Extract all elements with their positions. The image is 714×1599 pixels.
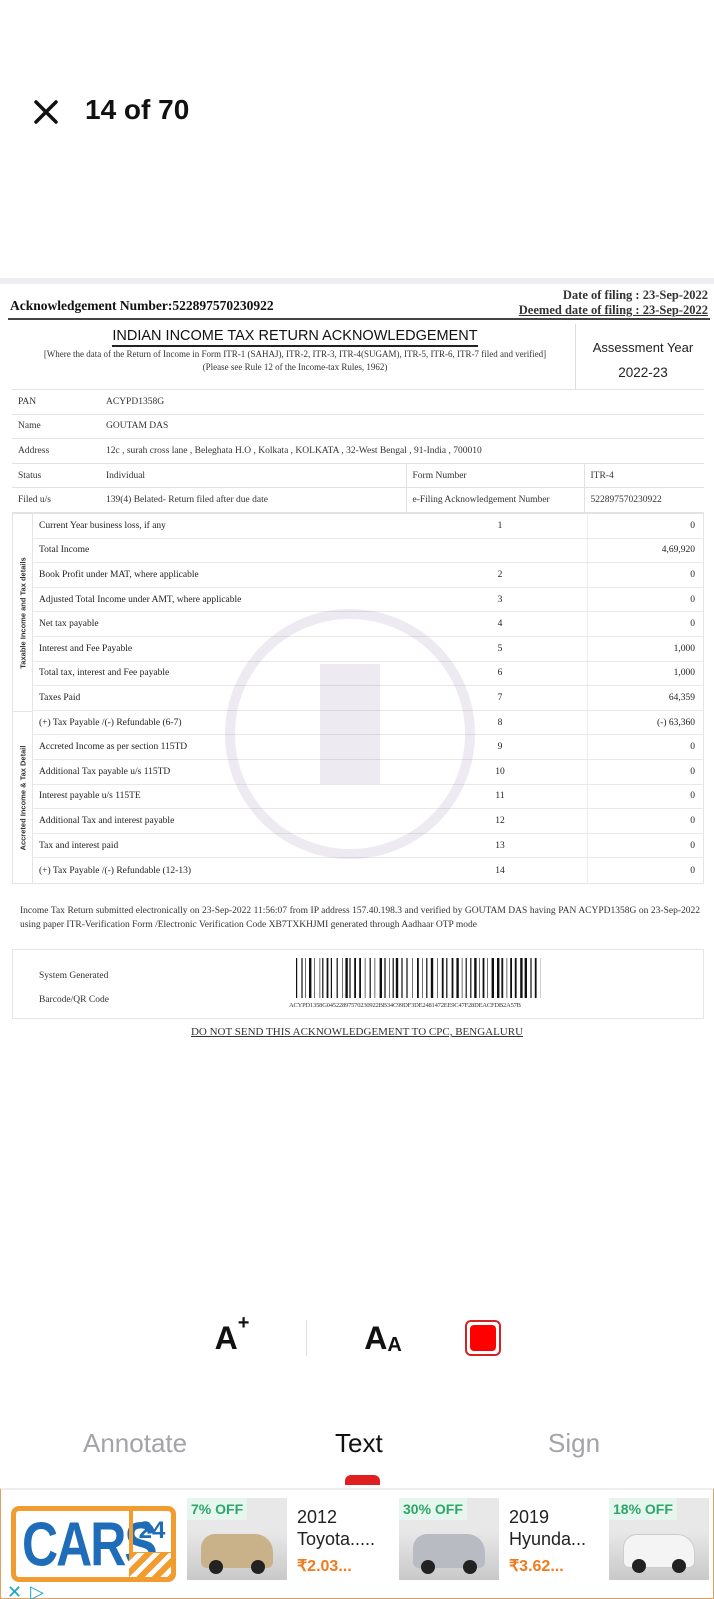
font-style-button[interactable]: AA [358, 1318, 408, 1358]
divider [587, 686, 588, 710]
table-row: Taxes Paid764,359 [33, 686, 703, 711]
car-model: Toyota..... [297, 1528, 375, 1550]
divider [587, 637, 588, 661]
title-block: INDIAN INCOME TAX RETURN ACKNOWLEDGEMENT… [10, 322, 580, 373]
ad-car-info[interactable]: 2012 Toyota..... [297, 1506, 375, 1550]
ad-car-image[interactable]: 30% OFF [399, 1498, 499, 1580]
divider [587, 539, 588, 563]
table-row: PAN ACYPD1358G [12, 390, 704, 415]
divider [587, 514, 588, 538]
row-number: 1 [485, 521, 515, 531]
divider [587, 760, 588, 784]
viewer-header: 14 of 70 [0, 80, 714, 144]
color-swatch-icon [465, 1320, 501, 1356]
table-row: Interest and Fee Payable51,000 [33, 637, 703, 662]
table-row: Additional Tax and interest payable120 [33, 809, 703, 834]
row-number: 8 [485, 718, 515, 728]
row-number: 6 [485, 668, 515, 678]
form-number-label: Form Number [406, 463, 584, 488]
document-page: Acknowledgement Number:522897570230922 D… [0, 284, 714, 1064]
divider [306, 1320, 307, 1356]
row-value: 1,000 [674, 644, 695, 654]
pan-value: ACYPD1358G [100, 390, 704, 415]
row-value: 0 [690, 767, 695, 777]
car-year: 2012 [297, 1506, 375, 1528]
assessment-year: Assessment Year 2022-23 [578, 324, 708, 380]
section-label-accreted-income: Accreted Income & Tax Detail [13, 711, 33, 883]
row-description: (+) Tax Payable /(-) Refundable (12-13) [39, 866, 191, 876]
plus-glyph: + [238, 1312, 250, 1334]
divider [575, 324, 576, 390]
ad-info-icon[interactable]: ▷ [30, 1582, 44, 1599]
row-description: Total Income [39, 545, 89, 555]
row-description: Tax and interest paid [39, 841, 118, 851]
font-glyph-small: A [387, 1334, 401, 1357]
row-value: 0 [690, 841, 695, 851]
divider [587, 563, 588, 587]
table-row: Net tax payable40 [33, 612, 703, 637]
close-icon [30, 96, 62, 128]
tax-rows: Current Year business loss, if any10Tota… [13, 514, 703, 883]
row-description: (+) Tax Payable /(-) Refundable (6-7) [39, 718, 181, 728]
row-description: Accreted Income as per section 115TD [39, 742, 187, 752]
row-description: Total tax, interest and Fee payable [39, 668, 169, 678]
row-value: 0 [690, 742, 695, 752]
section-label-text: Accreted Income & Tax Detail [18, 745, 27, 850]
table-row: Current Year business loss, if any10 [33, 514, 703, 539]
row-description: Additional Tax and interest payable [39, 816, 174, 826]
ack-number-label: Acknowledgement Number: [10, 298, 172, 313]
font-glyph-big: A [364, 1320, 387, 1357]
table-row: (+) Tax Payable /(-) Refundable (6-7)8(-… [33, 711, 703, 736]
no-send-notice-text: DO NOT SEND THIS ACKNOWLEDGEMENT TO CPC,… [191, 1026, 523, 1038]
row-number: 5 [485, 644, 515, 654]
table-row: Accreted Income as per section 115TD90 [33, 735, 703, 760]
table-row: Total Income4,69,920 [33, 539, 703, 564]
table-row: Tax and interest paid130 [33, 834, 703, 859]
filing-dates: Date of filing : 23-Sep-2022 Deemed date… [519, 288, 708, 318]
ad-choices[interactable]: ✕ ▷ [7, 1582, 44, 1599]
assessment-year-label: Assessment Year [578, 340, 708, 355]
divider [587, 662, 588, 686]
font-style-icon: AA [364, 1320, 402, 1357]
ad-car-image[interactable]: 18% OFF [609, 1498, 709, 1580]
barcode-labels: System Generated Barcode/QR Code [39, 964, 109, 1012]
divider [587, 735, 588, 759]
document-rule-note: (Please see Rule 12 of the Income-tax Ru… [10, 362, 580, 373]
divider [587, 809, 588, 833]
deemed-date-of-filing: Deemed date of filing : 23-Sep-2022 [519, 303, 708, 318]
barcode-icon [296, 958, 541, 998]
status-label: Status [12, 463, 100, 488]
car-icon [413, 1534, 485, 1568]
divider [587, 785, 588, 809]
pdf-viewer: 14 of 70 Acknowledgement Number:52289757… [0, 0, 714, 1599]
divider [8, 318, 710, 320]
ad-close-icon[interactable]: ✕ [7, 1582, 22, 1599]
barcode-label: Barcode/QR Code [39, 988, 109, 1012]
taxpayer-info-table: PAN ACYPD1358G Name GOUTAM DAS Address 1… [12, 389, 704, 513]
ack-number: Acknowledgement Number:522897570230922 [10, 298, 274, 314]
date-of-filing: Date of filing : 23-Sep-2022 [519, 288, 708, 303]
font-size-button[interactable]: A+ [210, 1318, 254, 1358]
row-number: 11 [485, 791, 515, 801]
efiling-ack-label: e-Filing Acknowledgement Number [406, 488, 584, 513]
car-year: 2019 [509, 1506, 586, 1528]
table-row: Additional Tax payable u/s 115TD100 [33, 760, 703, 785]
car-icon [201, 1534, 273, 1568]
filed-us-label: Filed u/s [12, 488, 100, 513]
text-toolbar: A+ AA [0, 1310, 714, 1370]
discount-badge: 18% OFF [609, 1498, 677, 1520]
row-value: 0 [690, 816, 695, 826]
divider [587, 588, 588, 612]
row-description: Current Year business loss, if any [39, 521, 166, 531]
tab-text[interactable]: Text [335, 1428, 383, 1459]
car-icon [623, 1534, 695, 1568]
name-label: Name [12, 414, 100, 439]
barcode-text: ACYPD1358G04522897570230922BB34C99DF3DE2… [289, 1002, 521, 1009]
row-value: 0 [690, 521, 695, 531]
row-description: Taxes Paid [39, 693, 80, 703]
row-description: Interest and Fee Payable [39, 644, 132, 654]
row-number: 3 [485, 595, 515, 605]
row-description: Net tax payable [39, 619, 99, 629]
color-picker-button[interactable] [463, 1318, 503, 1358]
divider [587, 711, 588, 735]
car-price: ₹2.03... [297, 1556, 352, 1576]
active-tab-indicator [345, 1475, 380, 1485]
section-label-taxable-income: Taxable Income and Tax details [13, 514, 33, 711]
row-number: 12 [485, 816, 515, 826]
ad-car-image[interactable]: 7% OFF [187, 1498, 287, 1580]
tab-sign[interactable]: Sign [548, 1428, 600, 1459]
verification-statement: Income Tax Return submitted electronical… [20, 904, 700, 932]
barcode-section: System Generated Barcode/QR Code ACYPD13… [12, 949, 704, 1019]
divider [587, 612, 588, 636]
tax-details-table: Taxable Income and Tax details Accreted … [12, 513, 704, 884]
table-row: (+) Tax Payable /(-) Refundable (12-13)1… [33, 858, 703, 883]
cars24-logo[interactable]: CARS 24 [11, 1506, 176, 1582]
page-counter: 14 of 70 [85, 94, 189, 126]
divider [587, 834, 588, 858]
row-number: 2 [485, 570, 515, 580]
row-number: 4 [485, 619, 515, 629]
car-model: Hyunda... [509, 1528, 586, 1550]
row-value: 0 [690, 595, 695, 605]
divider [587, 858, 588, 883]
table-row: Filed u/s 139(4) Belated- Return filed a… [12, 488, 704, 513]
font-size-glyph: A [215, 1320, 238, 1356]
table-row: Status Individual Form Number ITR-4 [12, 463, 704, 488]
filed-us-value: 139(4) Belated- Return filed after due d… [100, 488, 406, 513]
address-label: Address [12, 439, 100, 464]
pan-label: PAN [12, 390, 100, 415]
address-value: 12c , surah cross lane , Beleghata H.O ,… [100, 439, 704, 464]
no-send-notice: DO NOT SEND THIS ACKNOWLEDGEMENT TO CPC,… [0, 1026, 714, 1038]
row-number: 10 [485, 767, 515, 777]
section-label-text: Taxable Income and Tax details [18, 557, 27, 668]
row-number: 14 [485, 866, 515, 876]
table-row: Book Profit under MAT, where applicable2… [33, 563, 703, 588]
logo-stripes [129, 1553, 171, 1577]
table-row: Address 12c , surah cross lane , Belegha… [12, 439, 704, 464]
row-number: 13 [485, 841, 515, 851]
row-value: 64,359 [669, 693, 695, 703]
system-generated-label: System Generated [39, 964, 109, 988]
row-value: 0 [690, 866, 695, 876]
efiling-ack-value: 522897570230922 [584, 488, 704, 513]
discount-badge: 7% OFF [187, 1498, 247, 1520]
row-value: 0 [690, 791, 695, 801]
car-price: ₹3.62... [509, 1556, 564, 1576]
table-row: Name GOUTAM DAS [12, 414, 704, 439]
status-value: Individual [100, 463, 406, 488]
selected-color [470, 1325, 496, 1351]
font-size-icon: A+ [215, 1320, 250, 1357]
tab-annotate[interactable]: Annotate [83, 1428, 187, 1459]
discount-badge: 30% OFF [399, 1498, 467, 1520]
table-row: Interest payable u/s 115TE110 [33, 785, 703, 810]
row-value: (-) 63,360 [657, 718, 695, 728]
row-description: Additional Tax payable u/s 115TD [39, 767, 170, 777]
name-value: GOUTAM DAS [100, 414, 704, 439]
assessment-year-value: 2022-23 [578, 365, 708, 380]
row-value: 4,69,920 [662, 545, 695, 555]
ad-car-info[interactable]: 2019 Hyunda... [509, 1506, 586, 1550]
row-value: 0 [690, 619, 695, 629]
ack-number-value: 522897570230922 [172, 298, 273, 313]
brand-number: 24 [129, 1511, 171, 1556]
table-row: Total tax, interest and Fee payable61,00… [33, 662, 703, 687]
ad-banner[interactable]: CARS 24 ✕ ▷ 7% OFF 2012 Toyota..... ₹2.0… [0, 1488, 714, 1599]
row-value: 1,000 [674, 668, 695, 678]
row-description: Interest payable u/s 115TE [39, 791, 141, 801]
document-viewport[interactable]: Acknowledgement Number:522897570230922 D… [0, 278, 714, 1298]
row-value: 0 [690, 570, 695, 580]
document-subtitle: [Where the data of the Return of Income … [10, 349, 580, 360]
mode-tabs: Annotate Text Sign [0, 1418, 714, 1468]
row-description: Adjusted Total Income under AMT, where a… [39, 595, 241, 605]
close-button[interactable] [30, 96, 62, 128]
table-row: Adjusted Total Income under AMT, where a… [33, 588, 703, 613]
row-number: 7 [485, 693, 515, 703]
row-description: Book Profit under MAT, where applicable [39, 570, 199, 580]
document-title: INDIAN INCOME TAX RETURN ACKNOWLEDGEMENT [112, 328, 477, 347]
row-number: 9 [485, 742, 515, 752]
form-number-value: ITR-4 [584, 463, 704, 488]
